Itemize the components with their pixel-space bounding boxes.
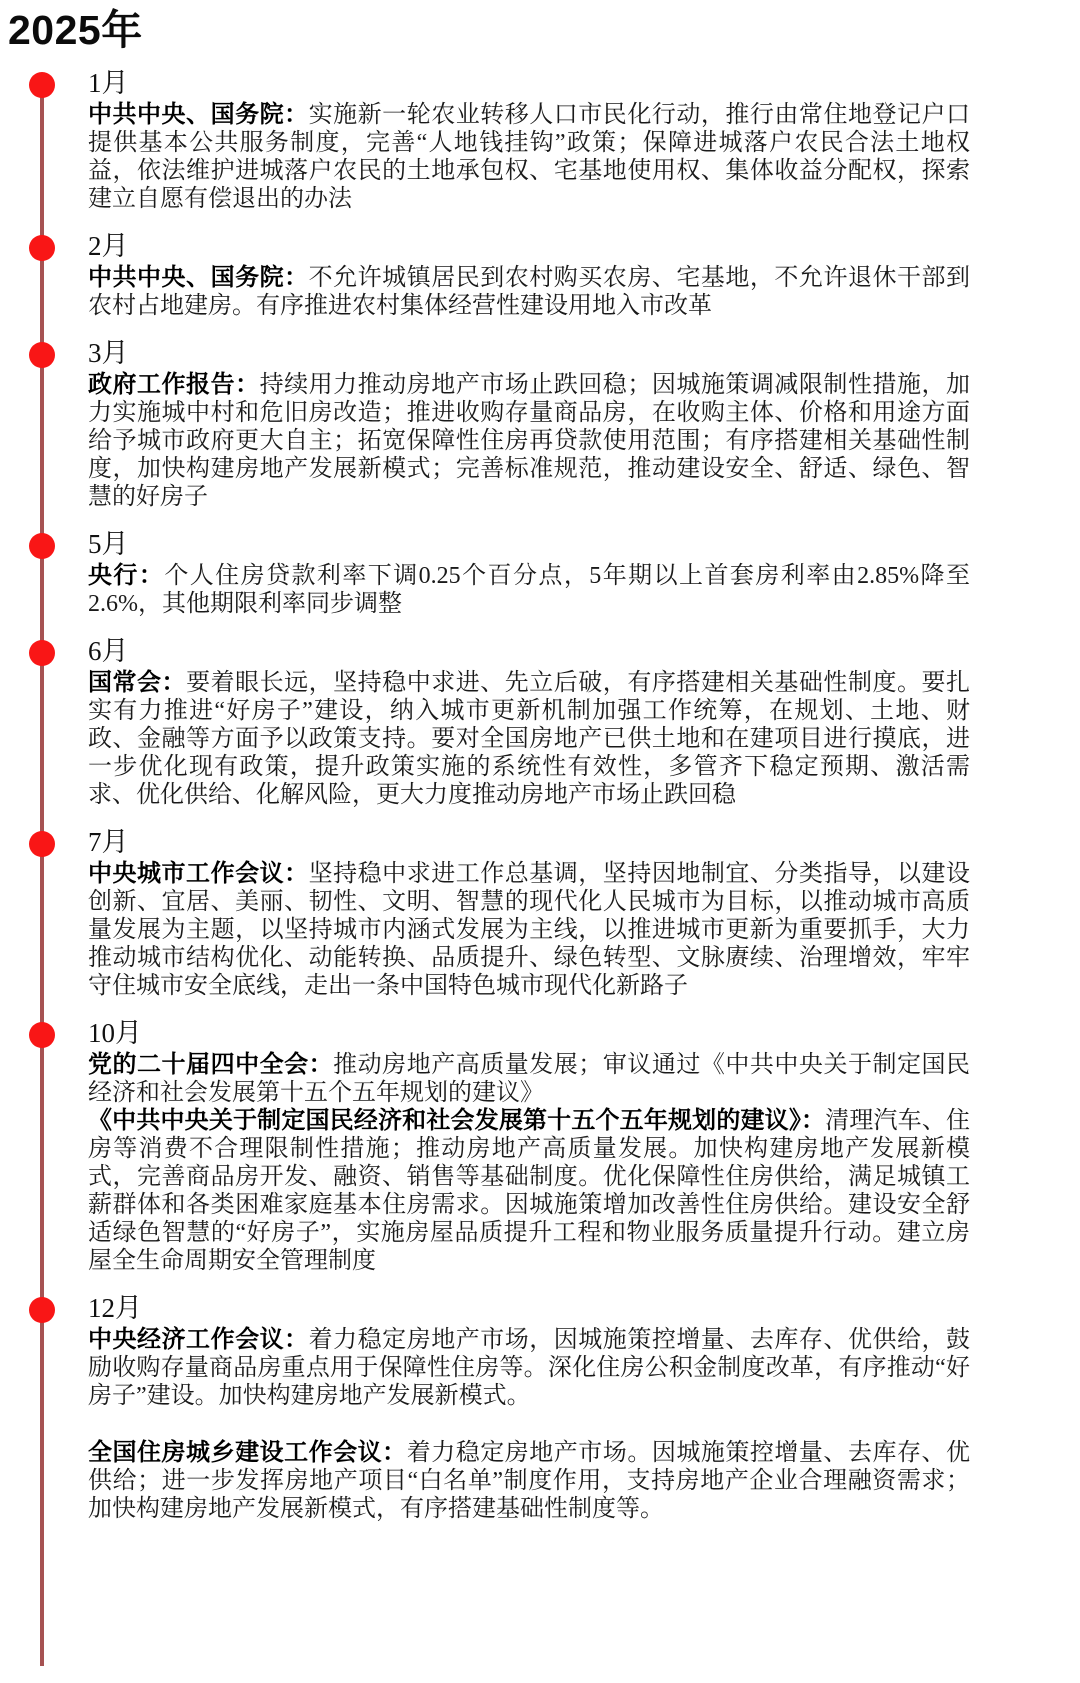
timeline-entry: 6月 国常会：要着眼长远，坚持稳中求进、先立后破，有序搭建相关基础性制度。要扎实… bbox=[0, 634, 1080, 809]
page-title: 2025年 bbox=[0, 0, 1080, 54]
event-paragraph: 《中共中央关于制定国民经济和社会发展第十五个五年规划的建议》：清理汽车、住房等消… bbox=[88, 1107, 970, 1275]
event-lead: 中共中央、国务院： bbox=[88, 265, 309, 291]
month-label: 3月 bbox=[88, 336, 970, 371]
event-paragraph: 中共中央、国务院：实施新一轮农业转移人口市民化行动，推行由常住地登记户口提供基本… bbox=[88, 101, 970, 213]
timeline-dot-icon bbox=[29, 342, 55, 368]
event-lead: 央行： bbox=[88, 563, 164, 589]
event-lead: 《中共中央关于制定国民经济和社会发展第十五个五年规划的建议》： bbox=[88, 1108, 825, 1134]
event-body: 要着眼长远，坚持稳中求进、先立后破，有序搭建相关基础性制度。要扎实有力推进“好房… bbox=[88, 670, 970, 808]
event-lead: 党的二十届四中全会： bbox=[88, 1052, 333, 1078]
timeline-entry: 2月 中共中央、国务院：不允许城镇居民到农村购买农房、宅基地，不允许退休干部到农… bbox=[0, 229, 1080, 320]
timeline-entry: 3月 政府工作报告：持续用力推动房地产市场止跌回稳；因城施策调减限制性措施，加力… bbox=[0, 336, 1080, 511]
timeline-dot-icon bbox=[29, 831, 55, 857]
timeline-entry: 5月 央行：个人住房贷款利率下调0.25个百分点，5年期以上首套房利率由2.85… bbox=[0, 527, 1080, 618]
month-label: 12月 bbox=[88, 1291, 970, 1326]
timeline-dot-icon bbox=[29, 1297, 55, 1323]
event-paragraph: 中共中央、国务院：不允许城镇居民到农村购买农房、宅基地，不允许退休干部到农村占地… bbox=[88, 264, 970, 320]
event-lead: 政府工作报告： bbox=[88, 372, 260, 398]
event-paragraph: 党的二十届四中全会：推动房地产高质量发展；审议通过《中共中央关于制定国民经济和社… bbox=[88, 1051, 970, 1107]
timeline-dot-icon bbox=[29, 640, 55, 666]
event-paragraph: 中央经济工作会议：着力稳定房地产市场，因城施策控增量、去库存、优供给，鼓励收购存… bbox=[88, 1326, 970, 1410]
event-lead: 全国住房城乡建设工作会议： bbox=[88, 1440, 407, 1466]
timeline-dot-icon bbox=[29, 1022, 55, 1048]
event-paragraph: 全国住房城乡建设工作会议：着力稳定房地产市场。因城施策控增量、去库存、优供给；进… bbox=[88, 1439, 970, 1523]
timeline-dot-icon bbox=[29, 72, 55, 98]
month-label: 1月 bbox=[88, 66, 970, 101]
month-label: 5月 bbox=[88, 527, 970, 562]
event-paragraph: 政府工作报告：持续用力推动房地产市场止跌回稳；因城施策调减限制性措施，加力实施城… bbox=[88, 371, 970, 511]
event-lead: 中共中央、国务院： bbox=[88, 102, 309, 128]
timeline-entry: 7月 中央城市工作会议：坚持稳中求进工作总基调，坚持因地制宜、分类指导，以建设创… bbox=[0, 825, 1080, 1000]
event-lead: 国常会： bbox=[88, 670, 186, 696]
event-paragraph: 国常会：要着眼长远，坚持稳中求进、先立后破，有序搭建相关基础性制度。要扎实有力推… bbox=[88, 669, 970, 809]
event-paragraph: 中央城市工作会议：坚持稳中求进工作总基调，坚持因地制宜、分类指导，以建设创新、宜… bbox=[88, 860, 970, 1000]
month-label: 6月 bbox=[88, 634, 970, 669]
event-lead: 中央经济工作会议： bbox=[88, 1327, 309, 1353]
timeline-entry: 12月 中央经济工作会议：着力稳定房地产市场，因城施策控增量、去库存、优供给，鼓… bbox=[0, 1291, 1080, 1523]
event-lead: 中央城市工作会议： bbox=[88, 861, 309, 887]
month-label: 10月 bbox=[88, 1016, 970, 1051]
timeline-entry: 1月 中共中央、国务院：实施新一轮农业转移人口市民化行动，推行由常住地登记户口提… bbox=[0, 66, 1080, 213]
timeline-dot-icon bbox=[29, 533, 55, 559]
month-label: 2月 bbox=[88, 229, 970, 264]
timeline-entry: 10月 党的二十届四中全会：推动房地产高质量发展；审议通过《中共中央关于制定国民… bbox=[0, 1016, 1080, 1275]
event-paragraph: 央行：个人住房贷款利率下调0.25个百分点，5年期以上首套房利率由2.85%降至… bbox=[88, 562, 970, 618]
event-body: 个人住房贷款利率下调0.25个百分点，5年期以上首套房利率由2.85%降至2.6… bbox=[88, 563, 970, 617]
timeline: 1月 中共中央、国务院：实施新一轮农业转移人口市民化行动，推行由常住地登记户口提… bbox=[0, 66, 1080, 1666]
month-label: 7月 bbox=[88, 825, 970, 860]
timeline-dot-icon bbox=[29, 235, 55, 261]
